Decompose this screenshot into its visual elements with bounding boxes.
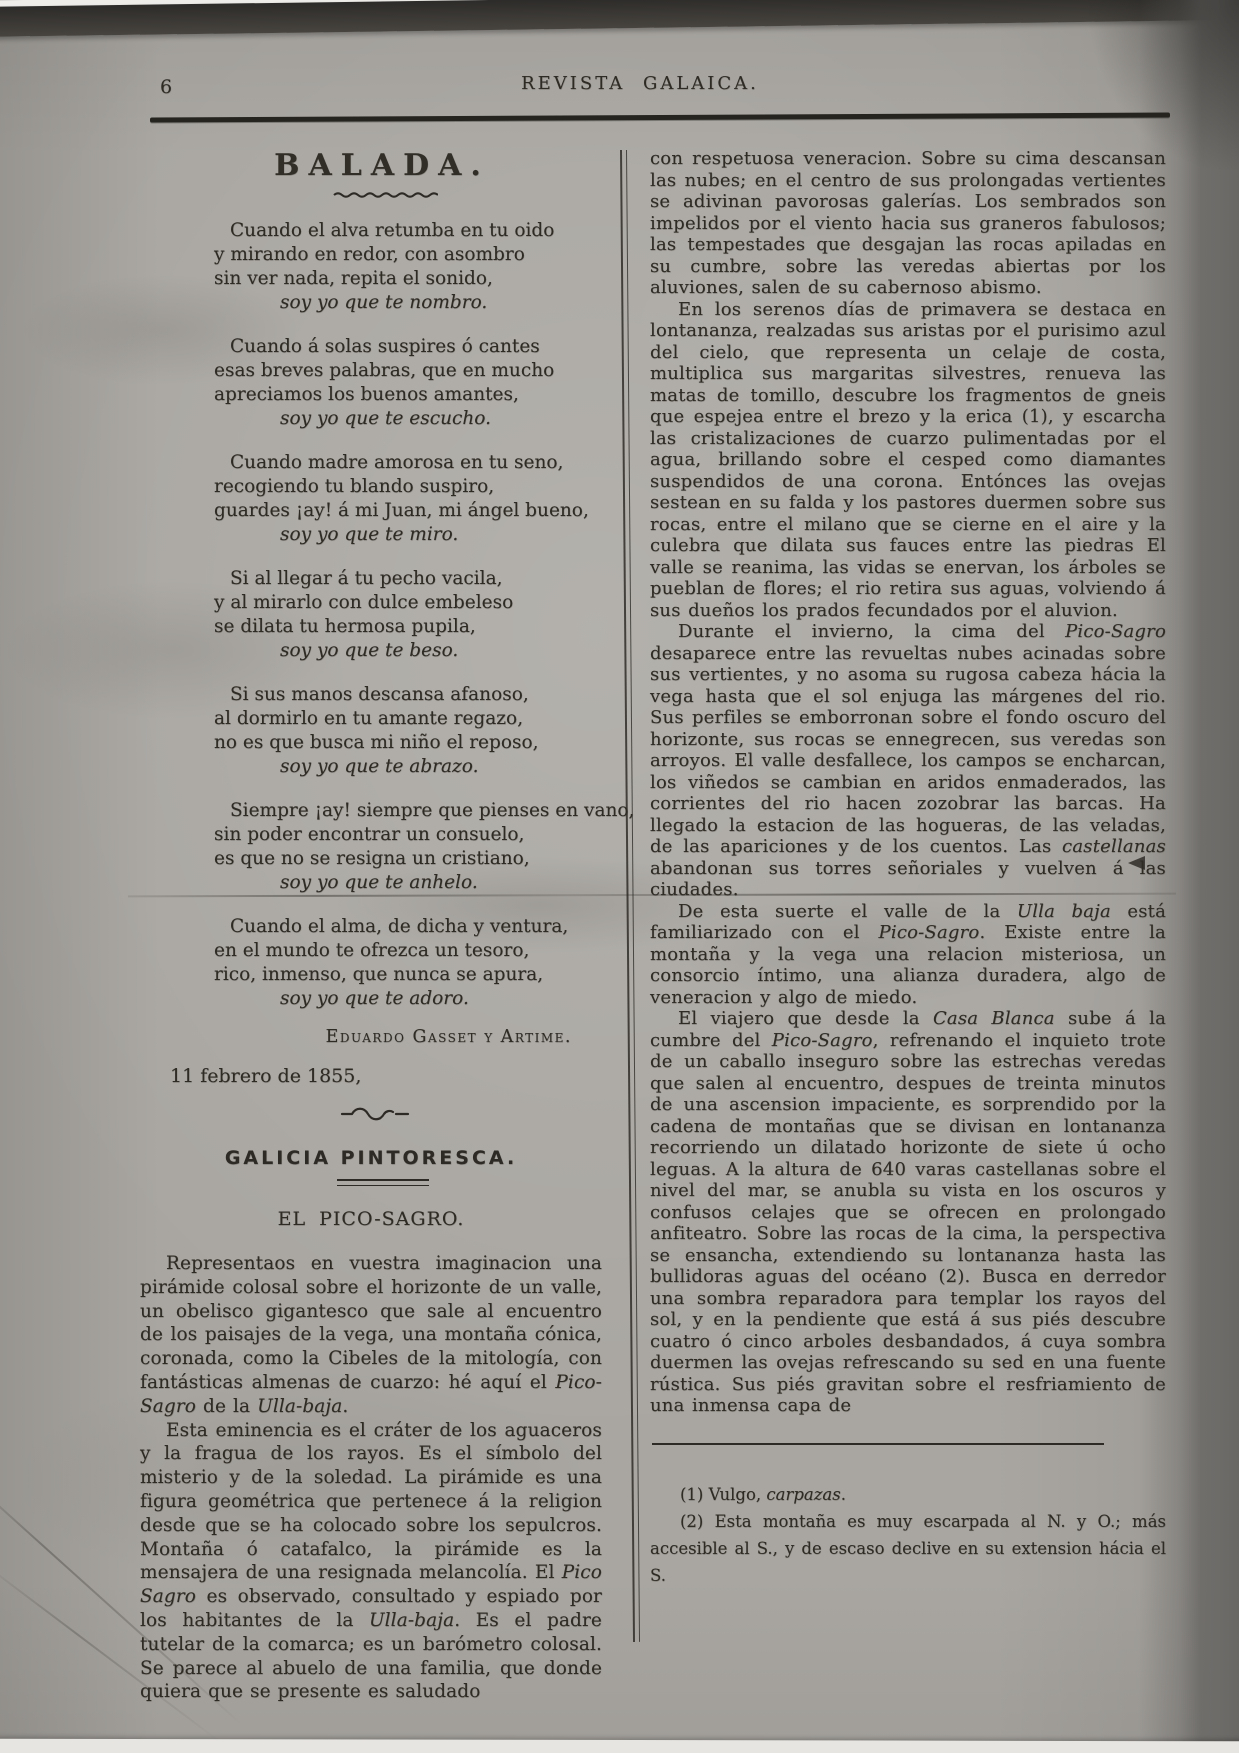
poem-line: y al mirarlo con dulce embeleso — [214, 591, 602, 615]
poem-refrain: soy yo que te miro. — [280, 523, 602, 547]
poem-stanza: Cuando madre amorosa en tu seno, recogie… — [214, 451, 602, 547]
poem-line: Cuando el alva retumba en tu oido — [214, 219, 602, 243]
poem-refrain: soy yo que te nombro. — [280, 291, 602, 315]
left-column: BALADA. Cuando el alva retumba en tu oid… — [140, 148, 602, 1704]
poem-line: Siempre ¡ay! siempre que pienses en vano… — [214, 799, 602, 823]
poem-refrain: soy yo que te adoro. — [280, 987, 602, 1011]
poem-stanza: Si al llegar á tu pecho vacila, y al mir… — [214, 567, 602, 663]
poem-refrain: soy yo que te abrazo. — [280, 755, 602, 779]
footnote: (2) Esta montaña es muy escarpada al N. … — [650, 1508, 1166, 1589]
footnote-rule — [652, 1443, 1104, 1446]
poem-line: no es que busca mi niño el reposo, — [214, 731, 602, 755]
poem-line: recogiendo tu blando suspiro, — [214, 475, 602, 499]
poem-date: 11 febrero de 1855, — [170, 1065, 602, 1087]
scan-edge-top-dark — [0, 0, 1239, 37]
scan-edge-bottom — [0, 1739, 1239, 1753]
poem-line: en el mundo te ofrezca un tesoro, — [214, 939, 602, 963]
poem-line: esas breves palabras, que en mucho — [214, 359, 602, 383]
poem-line: apreciamos los buenos amantes, — [214, 383, 602, 407]
header-title: REVISTA GALAICA. — [140, 73, 1140, 94]
footnotes: (1) Vulgo, carpazas. (2) Esta montaña es… — [650, 1481, 1166, 1589]
article-subtitle: EL PICO-SAGRO. — [140, 1208, 602, 1230]
poem-line: al dormirlo en tu amante regazo, — [214, 707, 602, 731]
poem-refrain: soy yo que te anhelo. — [280, 871, 602, 895]
poem-line: sin ver nada, repita el sonido, — [214, 267, 602, 291]
poem-line: Cuando á solas suspires ó cantes — [214, 335, 602, 359]
poem-stanza: Cuando á solas suspires ó cantes esas br… — [214, 335, 602, 431]
section-title: GALICIA PINTORESCA. — [140, 1147, 602, 1169]
right-column: con respetuosa veneracion. Sobre su cima… — [650, 148, 1166, 1589]
poem-title: BALADA. — [162, 148, 602, 183]
poem-line: sin poder encontrar un consuelo, — [214, 823, 602, 847]
poem-stanza: Cuando el alva retumba en tu oido y mira… — [214, 219, 602, 315]
poem-stanza: Siempre ¡ay! siempre que pienses en vano… — [214, 799, 602, 895]
article-paragraph: Esta eminencia es el cráter de los aguac… — [140, 1419, 602, 1705]
section-ornament — [340, 1105, 410, 1121]
poem-line: rico, inmenso, que nunca se apura, — [214, 963, 602, 987]
paragraph: Durante el invierno, la cima del Pico-Sa… — [650, 621, 1166, 901]
poem-refrain: soy yo que te beso. — [280, 639, 602, 663]
paragraph: El viajero que desde la Casa Blanca sube… — [650, 1008, 1166, 1417]
poem-line: es que no se resigna un cristiano, — [214, 847, 602, 871]
poem-line: Si al llegar á tu pecho vacila, — [214, 567, 602, 591]
paragraph: En los serenos días de primavera se dest… — [650, 299, 1166, 622]
poem-line: se dilata tu hermosa pupila, — [214, 615, 602, 639]
poem-line: Si sus manos descansa afanoso, — [214, 683, 602, 707]
paragraph: De esta suerte el valle de la Ulla baja … — [650, 901, 1166, 1009]
poem-line: guardes ¡ay! á mi Juan, mi ángel bueno, — [214, 499, 602, 523]
wavy-rule — [333, 191, 438, 199]
poem-line: Cuando el alma, de dicha y ventura, — [214, 915, 602, 939]
poem-line: Cuando madre amorosa en tu seno, — [214, 451, 602, 475]
scanned-page: 6 REVISTA GALAICA. BALADA. Cuando el alv… — [0, 0, 1239, 1753]
poem-refrain: soy yo que te escucho. — [280, 407, 602, 431]
poem-line: y mirando en redor, con asombro — [214, 243, 602, 267]
poem-stanza: Si sus manos descansa afanoso, al dormir… — [214, 683, 602, 779]
poem-stanza: Cuando el alma, de dicha y ventura, en e… — [214, 915, 602, 1011]
paragraph: con respetuosa veneracion. Sobre su cima… — [650, 148, 1166, 299]
section-title-rule — [337, 1179, 429, 1186]
poem-signature: Eduardo Gasset y Artime. — [140, 1027, 572, 1047]
footnote: (1) Vulgo, carpazas. — [650, 1481, 1166, 1508]
column-divider — [620, 150, 640, 1642]
article-paragraph: Representaos en vuestra imaginacion una … — [140, 1252, 602, 1419]
header-rule — [150, 113, 1170, 123]
